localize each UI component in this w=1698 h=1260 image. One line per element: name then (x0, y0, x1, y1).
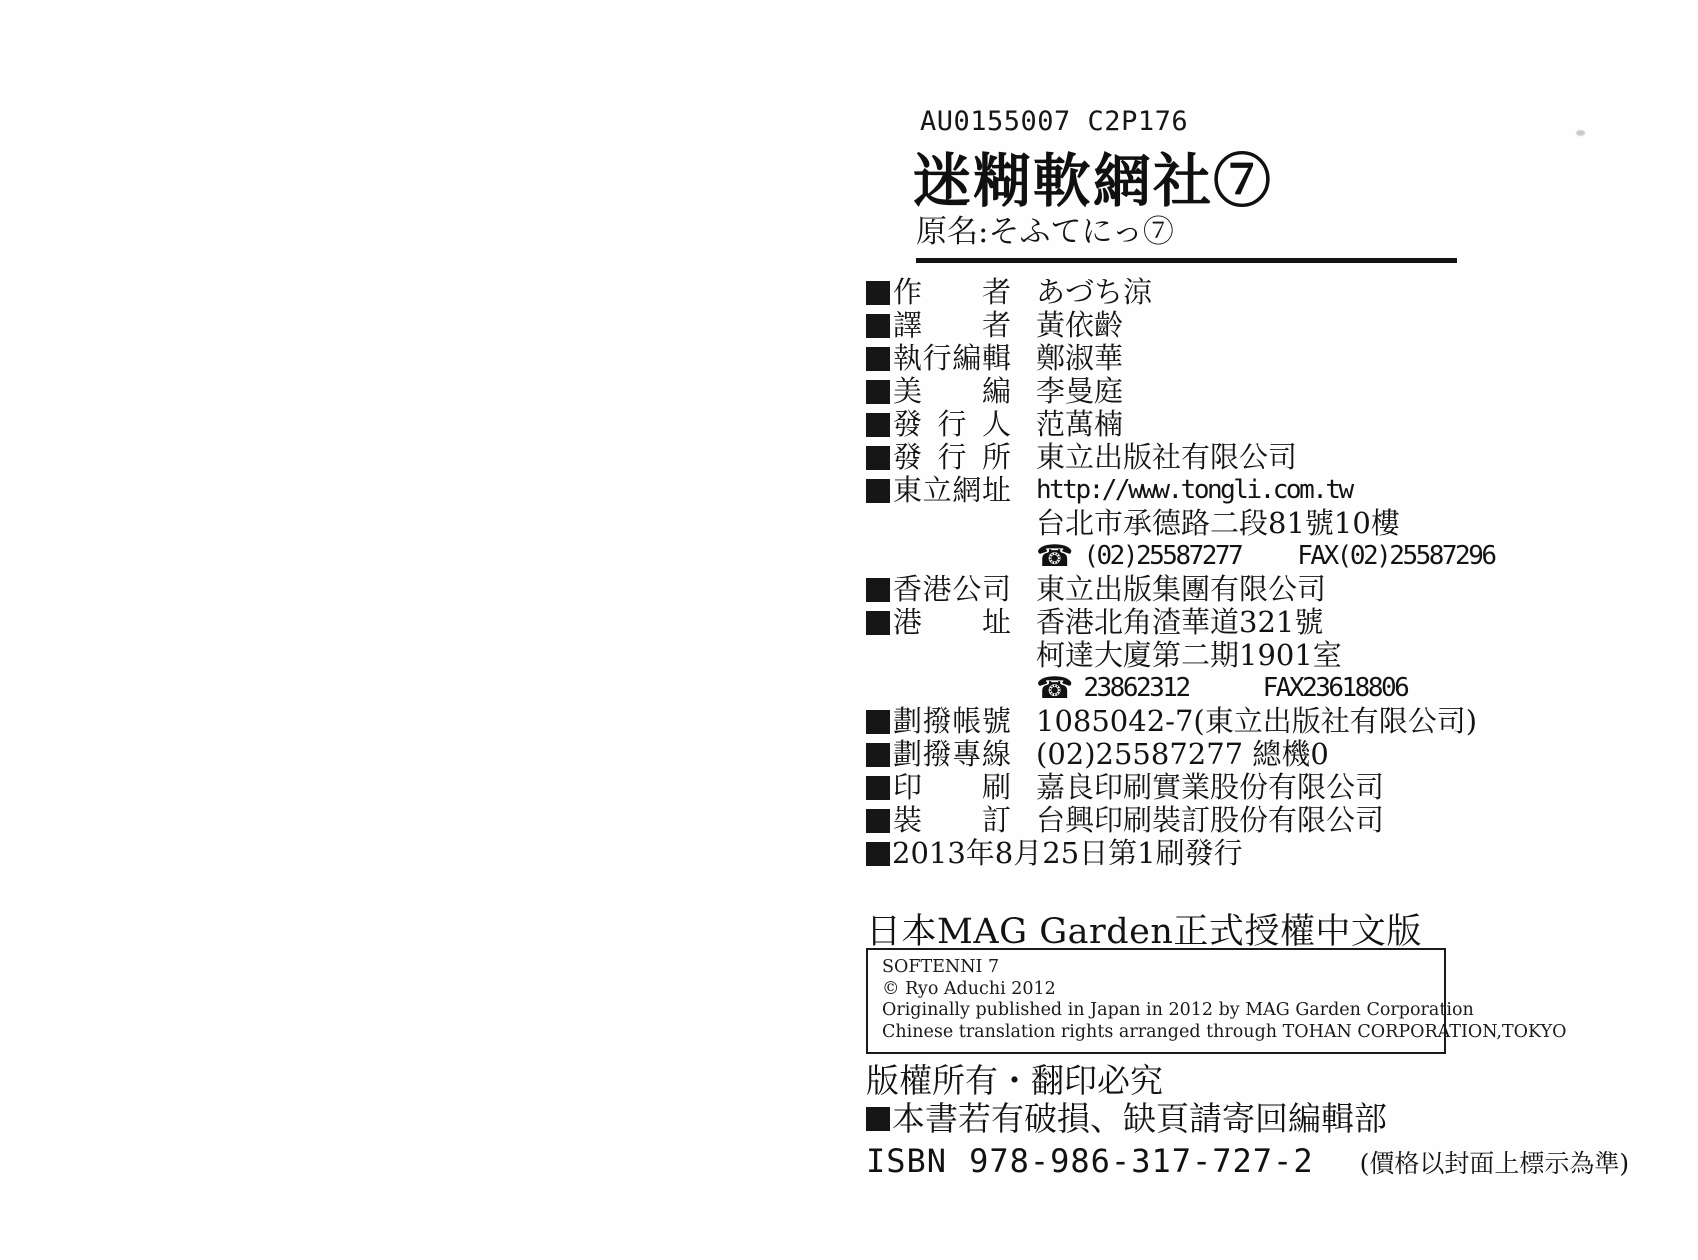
square-bullet-icon (866, 342, 892, 375)
field-row-translator: 譯者 黃依齡 (866, 309, 1495, 342)
square-bullet-icon (866, 837, 892, 870)
field-label: 劃撥帳號 (893, 705, 1011, 738)
square-bullet-icon (866, 309, 892, 342)
rights-reserved-line: 版權所有・翻印必究 (866, 1062, 1629, 1100)
hk-phone-number: 23862312 (1083, 672, 1188, 705)
field-label: 東立網址 (893, 474, 1011, 507)
phone-icon: ☎ (1036, 540, 1073, 573)
colophon-fields: 作者 あづち涼 譯者 黃依齡 執行編輯 鄭淑華 美編 李曼庭 發行人 范萬楠 (866, 276, 1495, 870)
field-row-website: 東立網址 http://www.tongli.com.tw (866, 474, 1495, 507)
field-label: 執行編輯 (893, 342, 1011, 375)
website-url: http://www.tongli.com.tw (1036, 474, 1352, 507)
field-value: 嘉良印刷實業股份有限公司 (1036, 771, 1384, 804)
field-label: 譯者 (893, 309, 1011, 342)
tw-address: 台北市承德路二段81號10樓 (1036, 507, 1400, 540)
divider-rule (916, 258, 1457, 263)
issue-date: 2013年8月25日第1刷發行 (892, 837, 1243, 870)
phone-icon: ☎ (1036, 672, 1073, 705)
colophon-page: AU0155007 C2P176 迷糊軟網社⑦ 原名:そふてにっ⑦ 作者 あづち… (0, 0, 1698, 1260)
square-bullet-icon (866, 771, 892, 804)
field-row-publisher-office: 發行所 東立出版社有限公司 (866, 441, 1495, 474)
original-title: 原名:そふてにっ⑦ (916, 206, 1174, 251)
isbn-row: ISBN 978-986-317-727-2 (價格以封面上標示為準) (866, 1142, 1629, 1180)
field-row-executive-editor: 執行編輯 鄭淑華 (866, 342, 1495, 375)
field-value: 李曼庭 (1036, 375, 1123, 408)
field-label: 劃撥專線 (893, 738, 1011, 771)
field-label: 香港公司 (893, 573, 1011, 606)
field-label: 印刷 (893, 771, 1011, 804)
field-value: 鄭淑華 (1036, 342, 1123, 375)
postal-line-value: (02)25587277 總機0 (1036, 738, 1329, 771)
product-code: AU0155007 C2P176 (920, 106, 1188, 137)
tw-phone-number: (02)25587277 (1083, 540, 1241, 573)
field-row-publisher-person: 發行人 范萬楠 (866, 408, 1495, 441)
copyright-box-origin: Originally published in Japan in 2012 by… (882, 1000, 1444, 1022)
scan-artifact-dot (1576, 130, 1585, 136)
license-statement: 日本MAG Garden正式授權中文版 (866, 904, 1422, 954)
isbn-label: ISBN (866, 1142, 947, 1180)
field-label: 港址 (893, 606, 1011, 639)
copyright-box-credit: © Ryo Aduchi 2012 (882, 979, 1444, 1001)
field-row-hk-company: 香港公司 東立出版集團有限公司 (866, 573, 1495, 606)
field-value: 范萬楠 (1036, 408, 1123, 441)
square-bullet-icon (866, 738, 892, 771)
field-row-postal-line: 劃撥專線 (02)25587277 總機0 (866, 738, 1495, 771)
field-row-tw-phone: ☎ (02)25587277 FAX(02)25587296 (866, 540, 1495, 573)
field-label: 作者 (893, 276, 1011, 309)
field-row-author: 作者 あづち涼 (866, 276, 1495, 309)
damage-note-row: 本書若有破損、缺頁請寄回編輯部 (866, 1100, 1629, 1138)
field-value: 黃依齡 (1036, 309, 1123, 342)
field-row-tw-address: 台北市承德路二段81號10樓 (866, 507, 1495, 540)
tw-fax-number: FAX(02)25587296 (1297, 540, 1494, 573)
field-value: 東立出版集團有限公司 (1036, 573, 1326, 606)
copyright-box-rights: Chinese translation rights arranged thro… (882, 1022, 1444, 1044)
issue-date-row: 2013年8月25日第1刷發行 (866, 837, 1495, 870)
field-row-hk-address: 港址 香港北角渣華道321號 (866, 606, 1495, 639)
field-label: 發行所 (893, 441, 1011, 474)
price-note: (價格以封面上標示為準) (1360, 1144, 1630, 1180)
field-value: 東立出版社有限公司 (1036, 441, 1297, 474)
square-bullet-icon (866, 408, 892, 441)
field-label: 發行人 (893, 408, 1011, 441)
square-bullet-icon (866, 606, 892, 639)
square-bullet-icon (866, 1103, 892, 1136)
field-row-binding: 裝訂 台興印刷裝訂股份有限公司 (866, 804, 1495, 837)
field-row-hk-address2: 柯達大廈第二期1901室 (866, 639, 1495, 672)
field-label: 美編 (893, 375, 1011, 408)
copyright-box-title: SOFTENNI 7 (882, 957, 1444, 979)
square-bullet-icon (866, 804, 892, 837)
square-bullet-icon (866, 705, 892, 738)
footer-block: 版權所有・翻印必究 本書若有破損、缺頁請寄回編輯部 ISBN 978-986-3… (866, 1062, 1629, 1180)
postal-account-value: 1085042-7(東立出版社有限公司) (1036, 705, 1477, 738)
square-bullet-icon (866, 276, 892, 309)
hk-fax-number: FAX23618806 (1263, 672, 1408, 705)
damage-note: 本書若有破損、缺頁請寄回編輯部 (892, 1100, 1387, 1138)
square-bullet-icon (866, 441, 892, 474)
field-row-art-editor: 美編 李曼庭 (866, 375, 1495, 408)
hk-address-line2: 柯達大廈第二期1901室 (1036, 639, 1342, 672)
isbn-number: 978-986-317-727-2 (969, 1142, 1314, 1180)
field-row-hk-phone: ☎ 23862312 FAX23618806 (866, 672, 1495, 705)
field-value: 台興印刷裝訂股份有限公司 (1036, 804, 1384, 837)
field-row-printing: 印刷 嘉良印刷實業股份有限公司 (866, 771, 1495, 804)
field-row-postal-account: 劃撥帳號 1085042-7(東立出版社有限公司) (866, 705, 1495, 738)
field-value: あづち涼 (1036, 276, 1152, 309)
square-bullet-icon (866, 375, 892, 408)
copyright-box: SOFTENNI 7 © Ryo Aduchi 2012 Originally … (866, 948, 1446, 1054)
square-bullet-icon (866, 474, 892, 507)
square-bullet-icon (866, 573, 892, 606)
field-label: 裝訂 (893, 804, 1011, 837)
hk-address-line1: 香港北角渣華道321號 (1036, 606, 1323, 639)
